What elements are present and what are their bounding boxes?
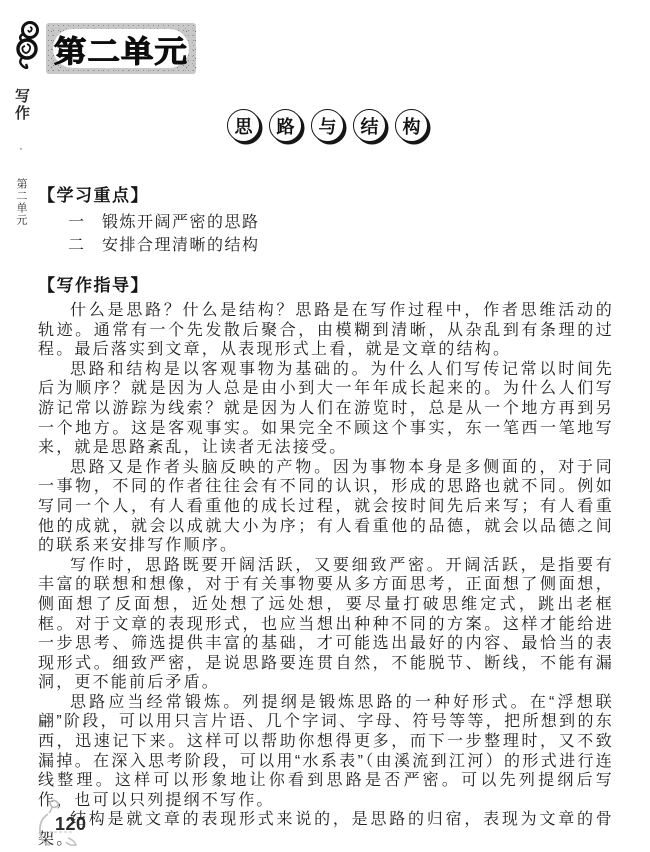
unit-banner: 第二单元 bbox=[46, 23, 196, 74]
topic-badge: 结 bbox=[353, 109, 386, 142]
page-number: 120 bbox=[55, 814, 87, 835]
list-item-text: 锻炼开阔严密的思路 bbox=[102, 211, 260, 234]
list-item: 一 锻炼开阔严密的思路 bbox=[38, 211, 614, 234]
topic-badge: 与 bbox=[311, 109, 344, 142]
study-focus-list: 一 锻炼开阔严密的思路 二 安排合理清晰的结构 bbox=[38, 211, 614, 257]
body-paragraph: 思路和结构是以客观事物为基础的。为什么人们写传记常以时间先后为顺序？就是因为人总… bbox=[38, 360, 614, 458]
list-item: 二 安排合理清晰的结构 bbox=[38, 234, 614, 257]
body-paragraph: 什么是思路？什么是结构？思路是在写作过程中，作者思维活动的轨迹。通常有一个先发散… bbox=[38, 301, 614, 360]
margin-label-sub: 第二单元 bbox=[15, 178, 27, 226]
body-paragraph: 思路又是作者头脑反映的产物。因为事物本身是多侧面的，对于同一事物，不同的作者往往… bbox=[38, 458, 614, 556]
main-text-column: 【学习重点】 一 锻炼开阔严密的思路 二 安排合理清晰的结构 【写作指导】 什么… bbox=[38, 181, 614, 850]
writing-guide-heading: 【写作指导】 bbox=[38, 271, 614, 296]
unit-banner-pill: 第二单元 bbox=[53, 29, 189, 68]
topic-badge: 思 bbox=[227, 109, 260, 142]
margin-label-main: 写作 bbox=[13, 88, 30, 122]
body-paragraph: 思路应当经常锻炼。列提纲是锻炼思路的一种好形式。在“浮想联翩”阶段，可以用只言片… bbox=[38, 693, 614, 811]
list-item-number: 二 bbox=[68, 234, 102, 257]
unit-title: 第二单元 bbox=[54, 27, 188, 71]
margin-label-separator: · bbox=[15, 141, 27, 159]
body-paragraph: 结构是就文章的表现形式来说的，是思路的归宿，表现为文章的骨架。 bbox=[38, 810, 614, 849]
margin-label: 写作 · 第二单元 bbox=[13, 88, 29, 226]
topic-badge: 路 bbox=[269, 109, 302, 142]
list-item-text: 安排合理清晰的结构 bbox=[102, 234, 260, 257]
topic-badge: 构 bbox=[395, 109, 428, 142]
corner-flourish-icon bbox=[9, 21, 49, 69]
topic-badges: 思 路 与 结 构 bbox=[227, 109, 428, 142]
page-footer: 120 bbox=[34, 798, 124, 850]
list-item-number: 一 bbox=[68, 211, 102, 234]
body-paragraph: 写作时，思路既要开阔活跃，又要细致严密。开阔活跃，是指要有丰富的联想和想像，对于… bbox=[38, 556, 614, 693]
writing-guide-body: 什么是思路？什么是结构？思路是在写作过程中，作者思维活动的轨迹。通常有一个先发散… bbox=[38, 301, 614, 850]
study-focus-heading: 【学习重点】 bbox=[38, 181, 614, 206]
